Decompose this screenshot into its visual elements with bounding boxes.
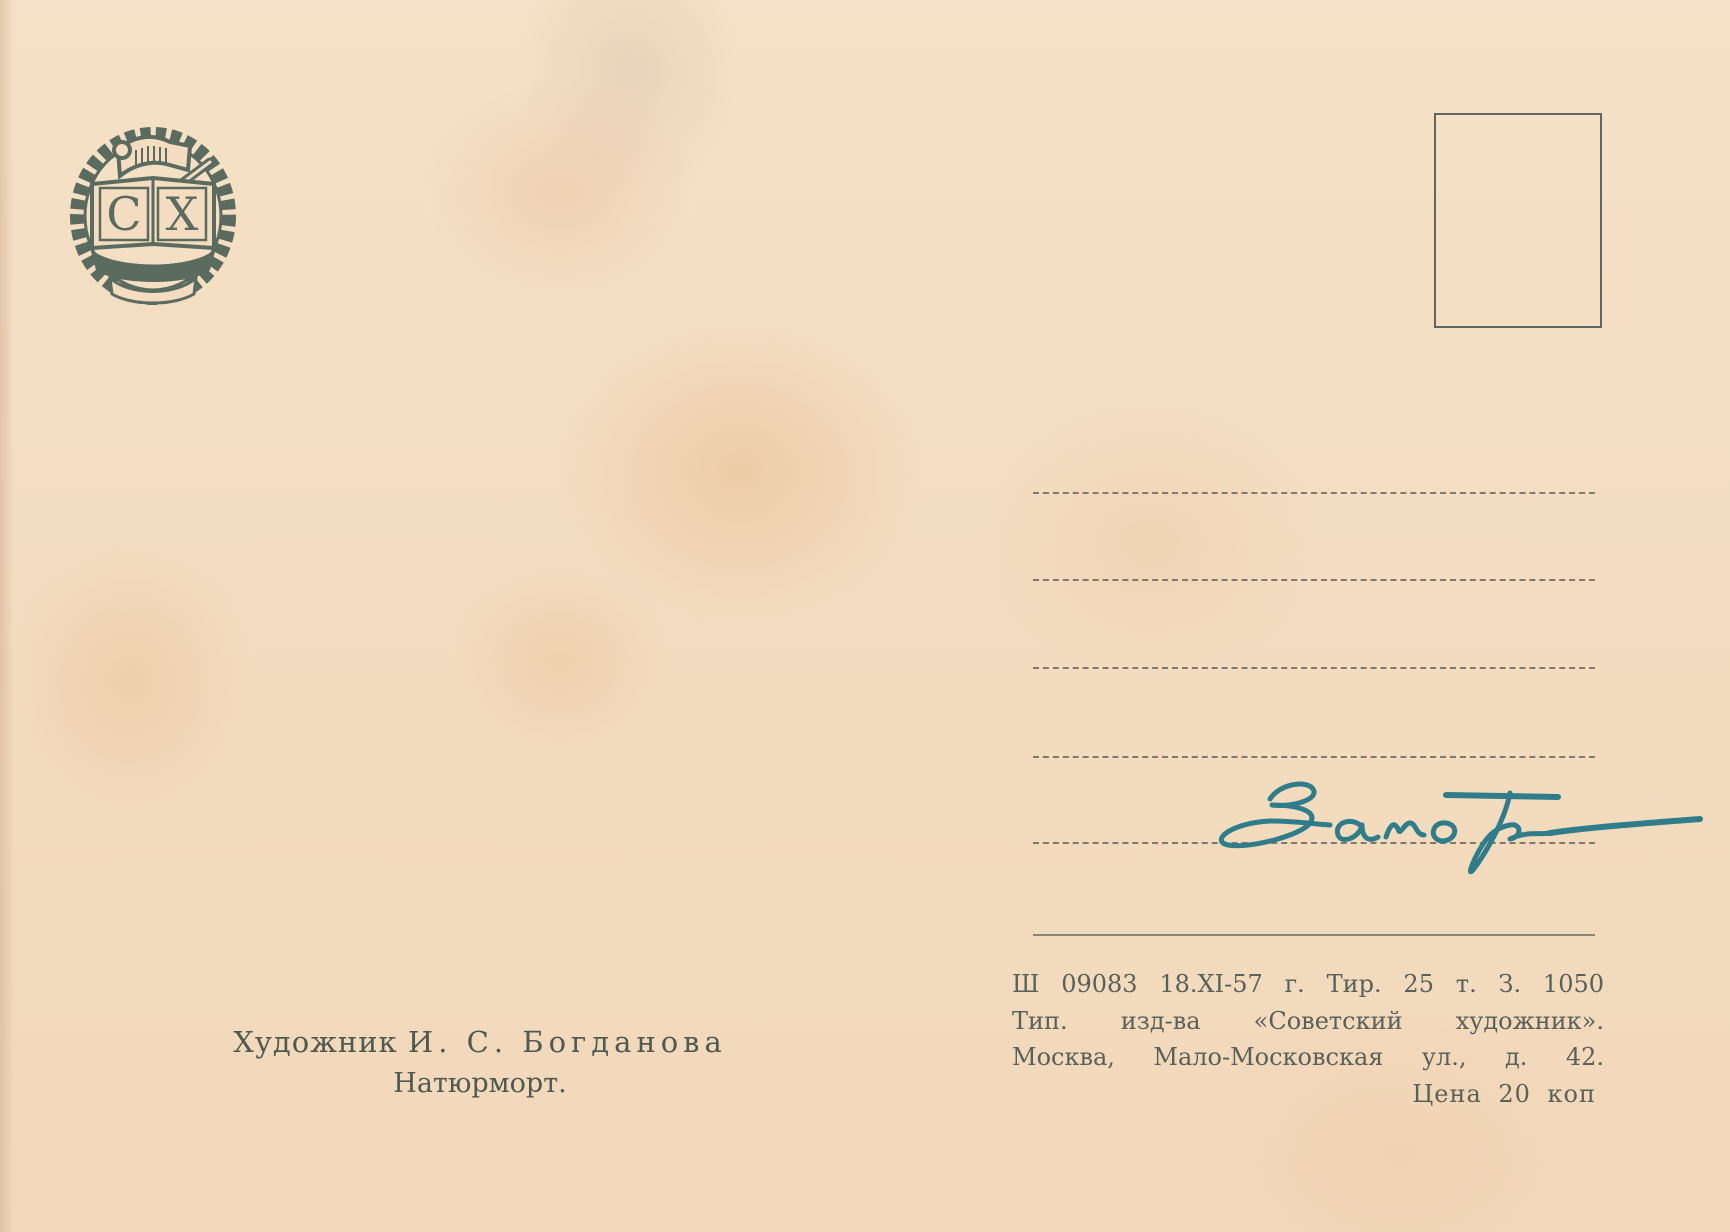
soviet-artist-emblem-icon: С Х <box>70 120 236 306</box>
address-line[interactable] <box>1033 579 1595 581</box>
price-label: Цена 20 коп <box>1012 1076 1604 1113</box>
artwork-credit: Художник И. С. Богданова Натюрморт. <box>180 1020 780 1104</box>
artwork-title: Натюрморт. <box>180 1064 780 1104</box>
publisher-imprint: Ш 09083 18.XI-57 г. Тир. 25 т. З. 1050 Т… <box>1012 966 1604 1112</box>
address-line[interactable] <box>1033 667 1595 669</box>
postcard-back: С Х Художник И. С. Богданова Натюр <box>0 0 1730 1232</box>
address-line[interactable] <box>1033 934 1595 936</box>
svg-text:С: С <box>106 187 141 241</box>
card-edge-shadow <box>0 0 14 1232</box>
handwritten-signature <box>1210 765 1710 885</box>
imprint-line-2: Тип. изд-ва «Советский художник». <box>1012 1003 1604 1040</box>
artist-prefix: Художник <box>233 1025 397 1059</box>
stamp-placeholder-icon <box>1434 113 1602 328</box>
imprint-line-3: Москва, Мало-Московская ул., д. 42. <box>1012 1039 1604 1076</box>
imprint-line-1: Ш 09083 18.XI-57 г. Тир. 25 т. З. 1050 <box>1012 966 1604 1003</box>
artist-line: Художник И. С. Богданова <box>180 1020 780 1064</box>
artist-name: И. С. Богданова <box>408 1025 727 1059</box>
svg-text:Х: Х <box>166 187 199 241</box>
address-line[interactable] <box>1033 492 1595 494</box>
address-line[interactable] <box>1033 756 1595 758</box>
